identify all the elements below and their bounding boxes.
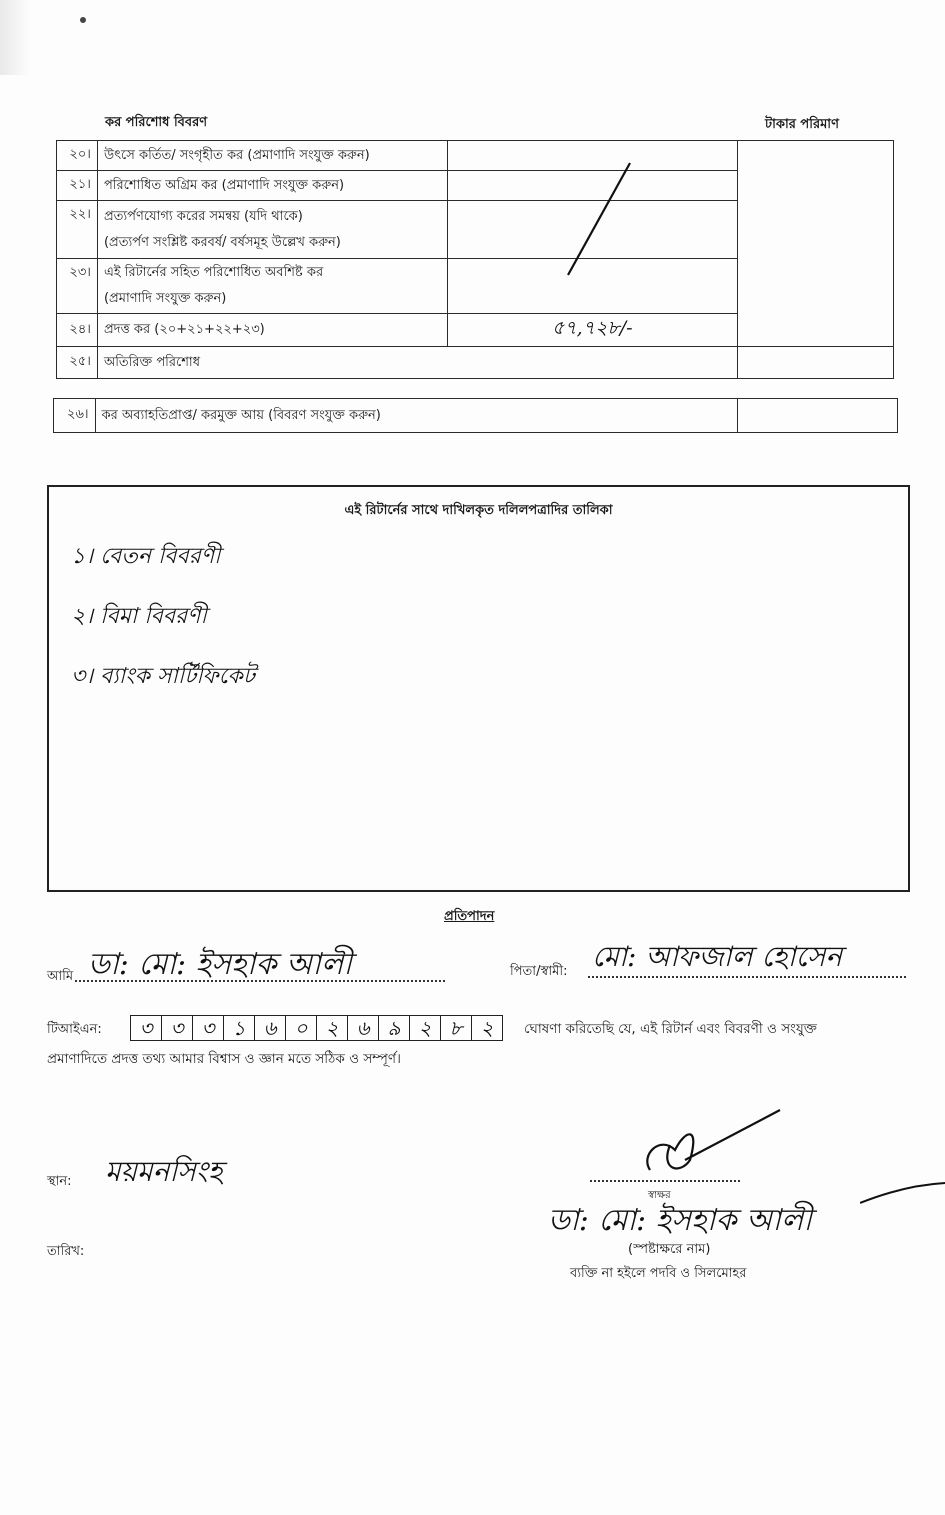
taxpayer-name[interactable]: ডা: মো: ইসহাক আলী xyxy=(88,940,352,991)
row-label: উৎসে কর্তিত/ সংগৃহীত কর (প্রমাণাদি সংযুক… xyxy=(97,141,447,171)
tin-digit: ১ xyxy=(224,1016,255,1040)
tin-digit: ২ xyxy=(410,1016,441,1040)
amount-total-cell[interactable] xyxy=(737,141,893,347)
row-value[interactable] xyxy=(737,399,897,433)
section-title: কর পরিশোধ বিবরণ xyxy=(105,113,207,134)
row-label-line1: এই রিটার্নের সহিত পরিশোধিত অবশিষ্ট কর xyxy=(104,260,441,286)
row-number: ২৬। xyxy=(54,399,96,433)
table-row: ২৬। কর অব্যাহতিপ্রাপ্ত/ করমুক্ত আয় (বিব… xyxy=(54,399,898,433)
row-value[interactable] xyxy=(737,347,893,379)
place-value[interactable]: ময়মনসিংহ xyxy=(105,1150,223,1197)
tax-exempt-table: ২৬। কর অব্যাহতিপ্রাপ্ত/ করমুক্ত আয় (বিব… xyxy=(53,398,898,433)
declaration-line-1: ঘোষণা করিতেছি যে, এই রিটার্ন এবং বিবরণী … xyxy=(524,1018,817,1041)
signature-line xyxy=(590,1180,740,1182)
row-number: ২২। xyxy=(57,201,98,259)
document-item: ৩। ব্যাংক সার্টিফিকেট xyxy=(71,659,255,696)
place-label: স্থান: xyxy=(47,1172,72,1193)
signature-tail xyxy=(860,1175,945,1205)
row-label-line2: (প্রমাণাদি সংযুক্ত করুন) xyxy=(104,286,441,312)
tin-digit: ৯ xyxy=(379,1016,410,1040)
row-number: ২০। xyxy=(57,141,98,171)
signature-scribble xyxy=(630,1105,790,1185)
row-label-line2: (প্রত্যর্পণ সংশ্লিষ্ট করবর্ষ/ বর্ষসমূহ উ… xyxy=(104,230,441,256)
row-label: প্রত্যর্পণযোগ্য করের সমন্বয় (যদি থাকে) … xyxy=(97,201,447,259)
documents-list-box: এই রিটার্নের সাথে দাখিলকৃত দলিলপত্রাদির … xyxy=(47,485,910,892)
tin-boxes[interactable]: ৩ ৩ ৩ ১ ৬ ০ ২ ৬ ৯ ২ ৮ ২ xyxy=(130,1015,503,1041)
tin-digit: ৬ xyxy=(255,1016,286,1040)
designation-note: ব্যক্তি না হইলে পদবি ও সিলমোহর xyxy=(570,1264,746,1285)
tin-digit: ৩ xyxy=(193,1016,224,1040)
row-label: পরিশোধিত অগ্রিম কর (প্রমাণাদি সংযুক্ত কর… xyxy=(97,171,447,201)
row-label: কর অব্যাহতিপ্রাপ্ত/ করমুক্ত আয় (বিবরণ স… xyxy=(95,399,737,433)
tin-digit: ৮ xyxy=(441,1016,472,1040)
i-label: আমি xyxy=(47,967,73,988)
tin-digit: ৩ xyxy=(162,1016,193,1040)
father-label: পিতা/স্বামী: xyxy=(510,962,567,983)
date-label: তারিখ: xyxy=(47,1242,84,1263)
row-number: ২১। xyxy=(57,171,98,201)
table-row: ২০। উৎসে কর্তিত/ সংগৃহীত কর (প্রমাণাদি স… xyxy=(57,141,894,171)
verification-title: প্রতিপাদন xyxy=(444,907,494,928)
tin-digit: ২ xyxy=(472,1016,502,1040)
row-label: প্রদত্ত কর (২০+২১+২২+২৩) xyxy=(97,314,447,347)
tax-payment-table: ২০। উৎসে কর্তিত/ সংগৃহীত কর (প্রমাণাদি স… xyxy=(56,140,894,379)
tin-label: টিআইএন: xyxy=(47,1020,102,1041)
scan-edge-shadow xyxy=(0,0,30,75)
row-label-line1: প্রত্যর্পণযোগ্য করের সমন্বয় (যদি থাকে) xyxy=(104,204,441,230)
documents-list-title: এই রিটার্নের সাথে দাখিলকৃত দলিলপত্রাদির … xyxy=(49,501,908,522)
tax-paid-value[interactable]: ৫৭,৭২৮/- xyxy=(447,314,737,347)
tin-digit: ৬ xyxy=(348,1016,379,1040)
father-name[interactable]: মো: আফজাল হোসেন xyxy=(592,935,842,982)
scan-speck xyxy=(80,17,86,23)
row-number: ২৫। xyxy=(57,347,98,379)
tin-digit: ২ xyxy=(317,1016,348,1040)
tin-digit: ০ xyxy=(286,1016,317,1040)
declaration-line-2: প্রমাণাদিতে প্রদত্ত তথ্য আমার বিশ্বাস ও … xyxy=(47,1048,401,1071)
table-row: ২৫। অতিরিক্ত পরিশোধ xyxy=(57,347,894,379)
row-label: অতিরিক্ত পরিশোধ xyxy=(97,347,737,379)
amount-header: টাকার পরিমাণ xyxy=(765,115,839,136)
document-item: ২। বিমা বিবরণী xyxy=(71,599,207,636)
row-number: ২৩। xyxy=(57,259,98,314)
tin-digit: ৩ xyxy=(131,1016,162,1040)
row-number: ২৪। xyxy=(57,314,98,347)
row-label: এই রিটার্নের সহিত পরিশোধিত অবশিষ্ট কর (প… xyxy=(97,259,447,314)
cancel-slash-mark xyxy=(560,160,640,280)
document-item: ১। বেতন বিবরণী xyxy=(71,539,220,576)
clear-name-label: (স্পষ্টাক্ষরে নাম) xyxy=(628,1240,710,1261)
